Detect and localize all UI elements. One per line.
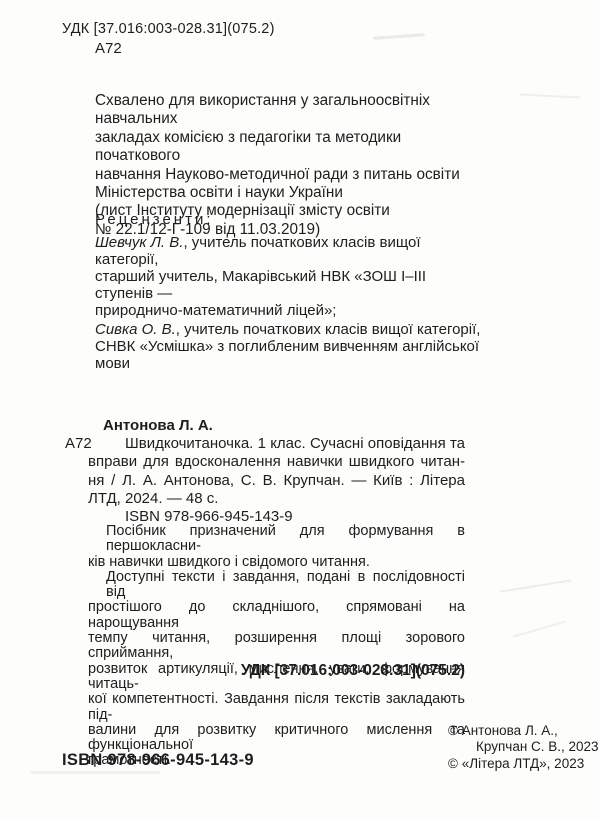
card-line: вправи для вдосконалення навички швидког… xyxy=(88,453,465,471)
card-line: ЛТД, 2024. — 48 с. xyxy=(88,490,465,508)
scanned-imprint-page: { "page": { "udc_top": "УДК [37.016:003-… xyxy=(0,0,600,819)
card-line: Швидкочитаночка. 1 клас. Сучасні оповіда… xyxy=(88,435,465,453)
annotation-line: темпу читання, розширення площі зорового… xyxy=(88,631,465,662)
scan-artifact xyxy=(373,33,425,40)
annotation-line: ків навички швидкого і свідомого читання… xyxy=(88,555,465,570)
annotation-line: валини для розвитку критичного мислення … xyxy=(88,723,465,754)
copyright-line: Крупчан С. В., 2023 xyxy=(476,739,599,755)
scan-artifact xyxy=(513,620,566,637)
udc-code-top: УДК [37.016:003-028.31](075.2) xyxy=(62,21,275,37)
copyright-line: © «Літера ЛТД», 2023 xyxy=(448,756,599,772)
reviewer-name: Сивка О. В. xyxy=(95,321,176,338)
card-body: А72 Швидкочитаночка. 1 клас. Сучасні опо… xyxy=(65,435,465,526)
copyright-block: © Антонова Л. А., Крупчан С. В., 2023 © … xyxy=(448,723,599,772)
scan-artifact xyxy=(30,771,160,774)
author-code-card: А72 xyxy=(65,435,92,453)
annotation-line: кої компетентності. Завдання після текст… xyxy=(88,692,465,723)
author-code-top: А72 xyxy=(95,40,122,57)
card-author: Антонова Л. А. xyxy=(103,417,465,435)
copyright-line: © Антонова Л. А., xyxy=(448,723,599,739)
annotation-line: Доступні тексти і завдання, подані в пос… xyxy=(88,570,465,601)
card-line: ня / Л. А. Антонова, С. В. Крупчан. — Ки… xyxy=(88,472,465,490)
reviewer-item: Сивка О. В., учитель початкових класів в… xyxy=(95,321,487,372)
udc-code-bottom: УДК [37.016:003-028.31](075.2) xyxy=(88,662,465,680)
catalog-card: Антонова Л. А. А72 Швидкочитаночка. 1 кл… xyxy=(65,417,465,526)
reviewer-name: Шевчук Л. В. xyxy=(95,234,183,251)
isbn-bottom: ISBN 978-966-945-143-9 xyxy=(62,751,254,770)
annotation-paragraph: Посібник призначений для формування в пе… xyxy=(88,524,465,570)
reviewers-heading: Рецензенти: xyxy=(95,211,487,228)
reviewers-section: Рецензенти: Шевчук Л. В., учитель початк… xyxy=(95,211,487,374)
annotation-line: простішого до складнішого, спрямовані на… xyxy=(88,600,465,631)
scan-artifact xyxy=(500,579,571,592)
scan-artifact xyxy=(520,93,580,98)
reviewer-item: Шевчук Л. В., учитель початкових класів … xyxy=(95,234,487,319)
annotation-line: Посібник призначений для формування в пе… xyxy=(88,524,465,555)
bibliographic-description: Швидкочитаночка. 1 клас. Сучасні оповіда… xyxy=(88,435,465,526)
annotation-section: Посібник призначений для формування в пе… xyxy=(88,524,465,769)
